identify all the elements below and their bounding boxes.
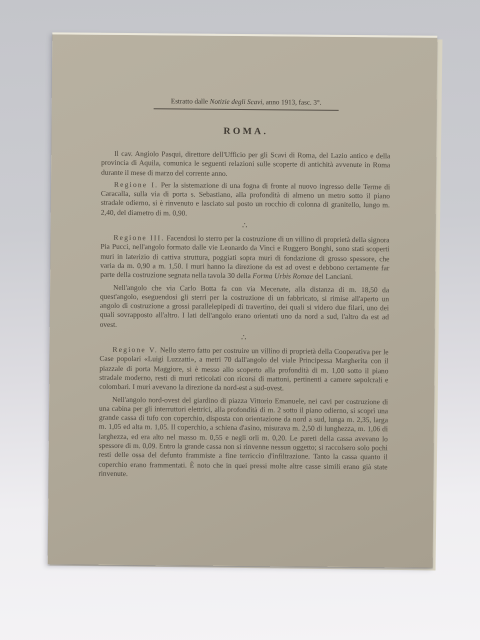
paragraph-carlo-botta: Nell'angolo che via Carlo Botta fa con v… [100, 282, 389, 331]
header-rule [154, 108, 339, 111]
section-lead-regione-1: Regione I. [114, 180, 158, 189]
section-text-regione-3-end: del Lanciani. [313, 272, 353, 281]
section-regione-3: Regione III. Facendosi lo sterro per la … [100, 233, 389, 282]
forma-urbis-romae-italic: Forma Urbis Romae [253, 271, 313, 281]
extract-header-suffix: , anno 1913, fasc. 3°. [262, 98, 321, 107]
section-lead-regione-3: Regione III. [114, 233, 165, 242]
page-title: ROMA. [101, 126, 390, 139]
extract-header-prefix: Estratto dalle [171, 97, 210, 105]
page-content: Estratto dalle Notizie degli Scavi, anno… [48, 34, 438, 567]
section-divider-1: ∴ [101, 220, 390, 233]
section-regione-5: Regione V. Nello sterro fatto per costru… [99, 345, 388, 394]
section-divider-2: ∴ [100, 332, 389, 345]
paragraph-vittorio-emanuele: Nell'angolo nord-ovest del giardino di p… [98, 394, 388, 480]
extract-header: Estratto dalle Notizie degli Scavi, anno… [102, 97, 391, 112]
photo-backdrop: Estratto dalle Notizie degli Scavi, anno… [0, 0, 480, 640]
section-regione-1: Regione I. Per la sistemazione di una fo… [101, 180, 390, 220]
journal-title: Notizie degli Scavi [210, 98, 263, 106]
paragraph-intro: Il cav. Angiolo Pasqui, direttore dell'U… [101, 149, 390, 179]
paper-page: Estratto dalle Notizie degli Scavi, anno… [48, 32, 438, 567]
section-lead-regione-5: Regione V. [113, 345, 158, 354]
